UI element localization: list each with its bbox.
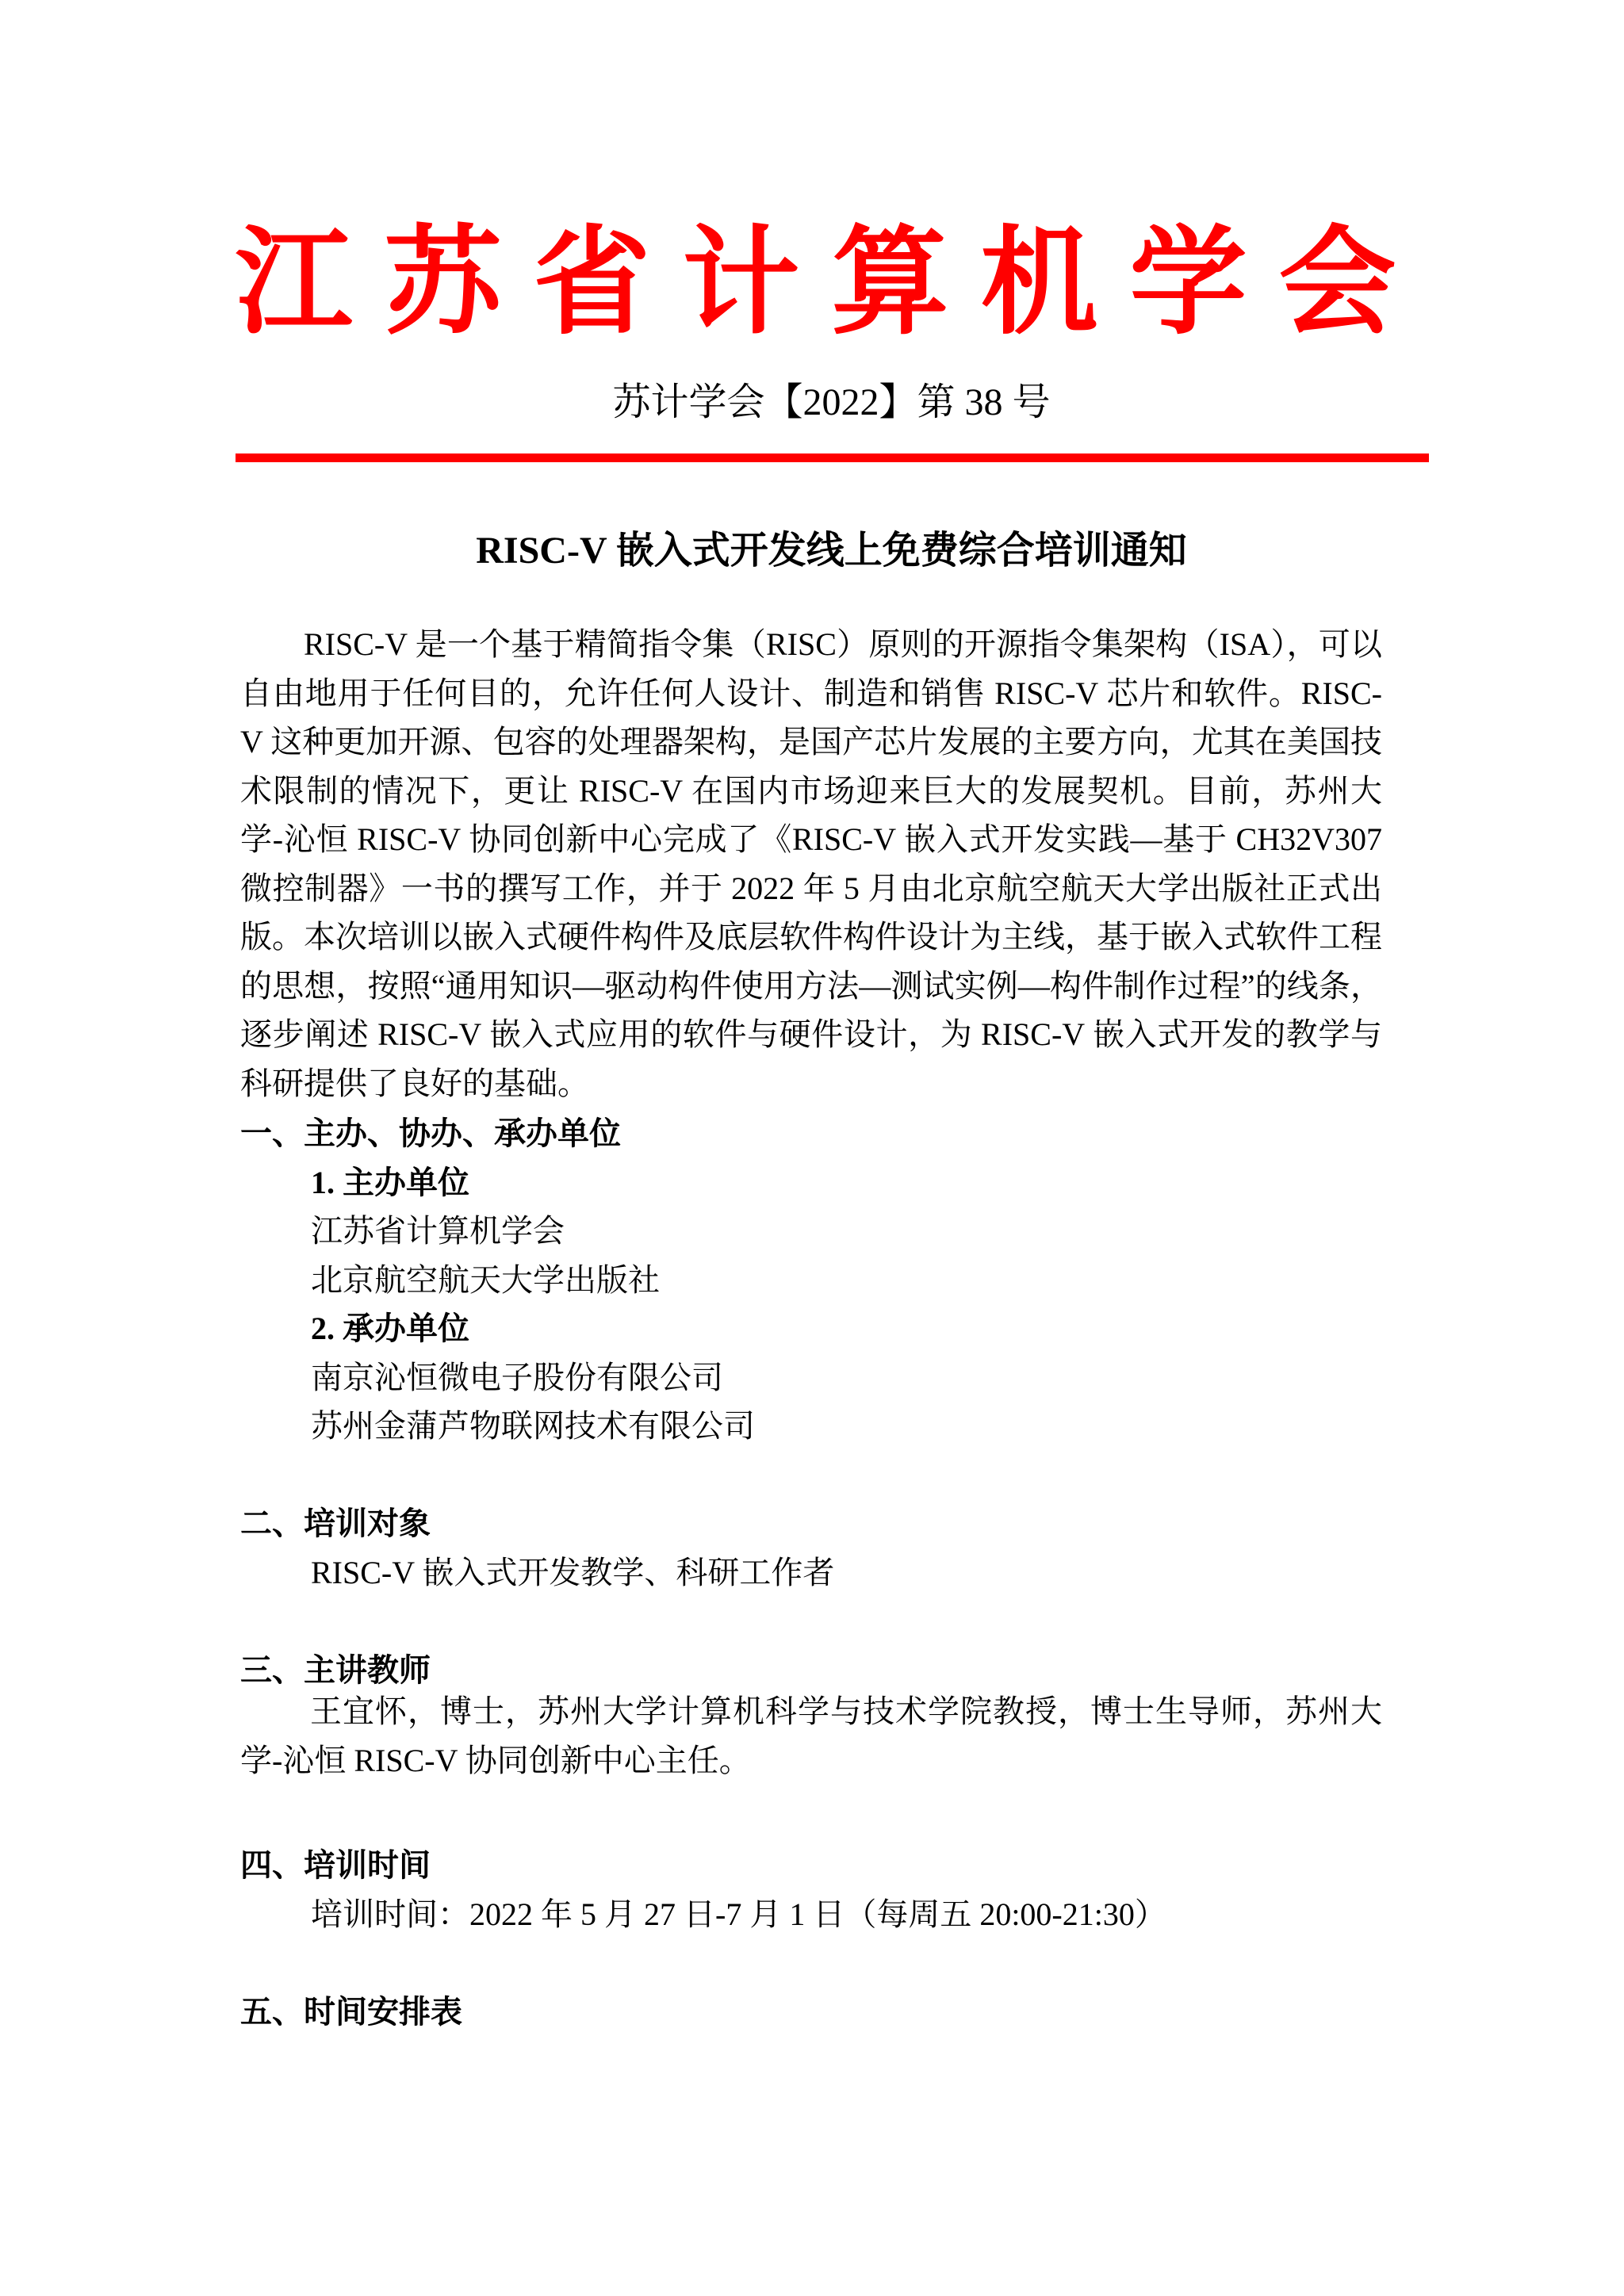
organization-title: 江苏省计算机学会	[235, 214, 1428, 349]
section-heading-schedule-time: 四、培训时间	[240, 1841, 431, 1890]
intro-paragraph: RISC-V 是一个基于精简指令集（RISC）原则的开源指令集架构（ISA），可…	[240, 620, 1382, 1108]
audience-text: RISC-V 嵌入式开发教学、科研工作者	[311, 1548, 834, 1598]
section-heading-organizers: 一、主办、协办、承办单位	[240, 1109, 621, 1158]
organizer-item: 南京沁恒微电子股份有限公司	[311, 1353, 723, 1402]
host-org-item: 江苏省计算机学会	[311, 1207, 565, 1256]
section-heading-timetable: 五、时间安排表	[240, 1988, 462, 2037]
document-number: 苏计学会【2022】第 38 号	[235, 379, 1428, 427]
section-heading-audience: 二、培训对象	[240, 1499, 431, 1548]
document-title: RISC-V 嵌入式开发线上免费综合培训通知	[235, 523, 1428, 579]
header-divider	[236, 453, 1429, 462]
instructor-text: 王宜怀，博士，苏州大学计算机科学与技术学院教授，博士生导师，苏州大学-沁恒 RI…	[240, 1687, 1382, 1785]
training-time-text: 培训时间：2022 年 5 月 27 日-7 月 1 日（每周五 20:00-2…	[311, 1890, 1166, 1939]
host-org-item: 北京航空航天大学出版社	[311, 1256, 660, 1305]
subsection-heading-host: 1. 主办单位	[311, 1158, 469, 1207]
subsection-heading-organizer: 2. 承办单位	[311, 1304, 469, 1353]
organizer-item: 苏州金蒲芦物联网技术有限公司	[311, 1402, 755, 1451]
